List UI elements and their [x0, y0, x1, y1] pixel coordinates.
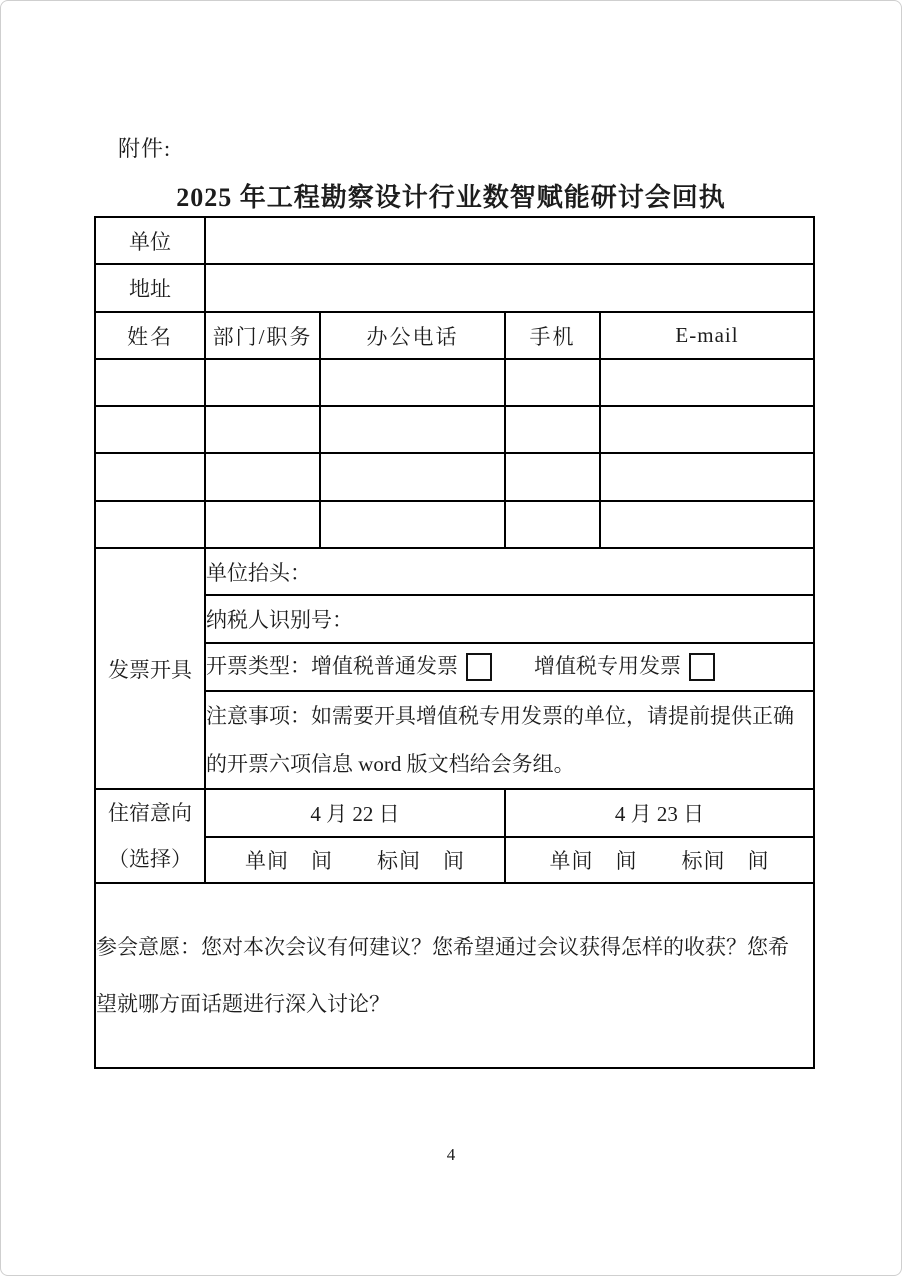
dept-input-cell[interactable] — [205, 453, 320, 501]
address-input-cell[interactable] — [205, 264, 814, 312]
address-row: 地址 — [95, 264, 814, 312]
invoice-taxpayer-label: 纳税人识别号： — [206, 608, 353, 632]
page-number: 4 — [1, 1145, 901, 1165]
lodging-rooms-apr23-cell[interactable]: 单间 间 标间 间 — [505, 837, 814, 884]
email-input-cell[interactable] — [600, 501, 814, 548]
lodging-section-label: 住宿意向 （选择） — [95, 789, 205, 883]
unit-row: 单位 — [95, 217, 814, 264]
document-page: 附件: 2025 年工程勘察设计行业数智赋能研讨会回执 单位 地址 姓名 部门/… — [0, 0, 902, 1276]
invoice-type-prefix: 开票类型： — [206, 654, 311, 678]
mobile-input-cell[interactable] — [505, 453, 600, 501]
lodging-dates-row: 住宿意向 （选择） 4 月 22 日 4 月 23 日 — [95, 789, 814, 837]
mobile-input-cell[interactable] — [505, 501, 600, 548]
mobile-header: 手机 — [505, 312, 600, 359]
reply-form-table: 单位 地址 姓名 部门/职务 办公电话 手机 E-mail — [94, 216, 815, 1069]
lodging-label-line1: 住宿意向 — [96, 790, 204, 836]
participation-line2: 望就哪方面话题进行深入讨论？ — [96, 976, 813, 1033]
ordinary-invoice-checkbox[interactable] — [466, 653, 492, 681]
contact-row — [95, 453, 814, 501]
contact-row — [95, 406, 814, 453]
invoice-notes-line2: 的开票六项信息 word 版文档给会务组。 — [206, 740, 813, 788]
dept-header: 部门/职务 — [205, 312, 320, 359]
dept-input-cell[interactable] — [205, 501, 320, 548]
name-input-cell[interactable] — [95, 359, 205, 406]
invoice-unit-title-label: 单位抬头： — [206, 561, 311, 585]
invoice-section-label: 发票开具 — [95, 548, 205, 789]
participation-line1: 参会意愿：您对本次会议有何建议？您希望通过会议获得怎样的收获？您希 — [96, 919, 813, 976]
name-input-cell[interactable] — [95, 453, 205, 501]
office-phone-input-cell[interactable] — [320, 453, 505, 501]
lodging-date-apr23: 4 月 23 日 — [505, 789, 814, 837]
lodging-rooms-apr22-cell[interactable]: 单间 间 标间 间 — [205, 837, 505, 884]
contact-header-row: 姓名 部门/职务 办公电话 手机 E-mail — [95, 312, 814, 359]
address-label: 地址 — [95, 264, 205, 312]
email-input-cell[interactable] — [600, 359, 814, 406]
office-phone-header: 办公电话 — [320, 312, 505, 359]
dept-input-cell[interactable] — [205, 406, 320, 453]
unit-label: 单位 — [95, 217, 205, 264]
invoice-option-special-label: 增值税专用发票 — [534, 654, 681, 678]
invoice-unit-title-cell[interactable]: 单位抬头： — [205, 548, 814, 595]
email-input-cell[interactable] — [600, 453, 814, 501]
invoice-notes-line1: 注意事项：如需要开具增值税专用发票的单位，请提前提供正确 — [206, 692, 813, 740]
name-input-cell[interactable] — [95, 406, 205, 453]
mobile-input-cell[interactable] — [505, 359, 600, 406]
name-input-cell[interactable] — [95, 501, 205, 548]
email-header: E-mail — [600, 312, 814, 359]
office-phone-input-cell[interactable] — [320, 501, 505, 548]
special-invoice-checkbox[interactable] — [689, 653, 715, 681]
invoice-unit-title-row: 发票开具 单位抬头： — [95, 548, 814, 595]
contact-row — [95, 359, 814, 406]
office-phone-input-cell[interactable] — [320, 359, 505, 406]
invoice-option-ordinary-label: 增值税普通发票 — [311, 654, 458, 678]
participation-cell[interactable]: 参会意愿：您对本次会议有何建议？您希望通过会议获得怎样的收获？您希 望就哪方面话… — [95, 883, 814, 1068]
email-input-cell[interactable] — [600, 406, 814, 453]
unit-input-cell[interactable] — [205, 217, 814, 264]
invoice-taxpayer-cell[interactable]: 纳税人识别号： — [205, 595, 814, 643]
attachment-label: 附件: — [118, 132, 171, 163]
lodging-date-apr22: 4 月 22 日 — [205, 789, 505, 837]
dept-input-cell[interactable] — [205, 359, 320, 406]
participation-row: 参会意愿：您对本次会议有何建议？您希望通过会议获得怎样的收获？您希 望就哪方面话… — [95, 883, 814, 1068]
page-title: 2025 年工程勘察设计行业数智赋能研讨会回执 — [1, 177, 901, 214]
lodging-label-line2: （选择） — [96, 836, 204, 882]
name-header: 姓名 — [95, 312, 205, 359]
invoice-type-cell: 开票类型：增值税普通发票增值税专用发票 — [205, 643, 814, 691]
mobile-input-cell[interactable] — [505, 406, 600, 453]
office-phone-input-cell[interactable] — [320, 406, 505, 453]
invoice-notes-cell: 注意事项：如需要开具增值税专用发票的单位，请提前提供正确 的开票六项信息 wor… — [205, 691, 814, 789]
contact-row — [95, 501, 814, 548]
